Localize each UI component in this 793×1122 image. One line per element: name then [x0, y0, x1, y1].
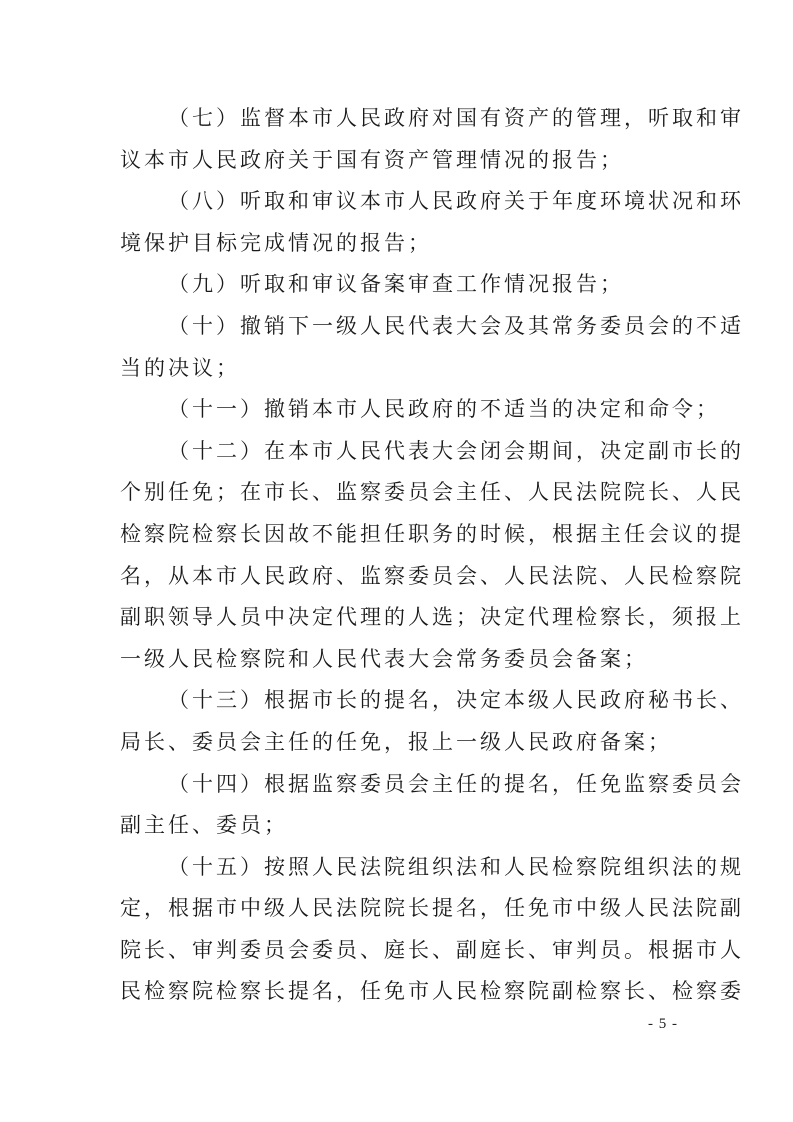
text-line: 定，根据市中级人民法院院长提名，任免市中级人民法院副 — [120, 888, 676, 930]
text-line: 院长、审判委员会委员、庭长、副庭长、审判员。根据市人 — [120, 930, 676, 972]
text-line: 名，从本市人民政府、监察委员会、人民法院、人民检察院 — [120, 556, 676, 598]
text-line: （十四）根据监察委员会主任的提名，任免监察委员会 — [120, 764, 676, 806]
text-line: 民检察院检察长提名，任免市人民检察院副检察长、检察委 — [120, 971, 676, 1013]
text-line: （七）监督本市人民政府对国有资产的管理，听取和审 — [120, 98, 676, 140]
text-line: 议本市人民政府关于国有资产管理情况的报告； — [120, 140, 676, 182]
text-line: 一级人民检察院和人民代表大会常务委员会备案； — [120, 639, 676, 681]
text-line: 局长、委员会主任的任免，报上一级人民政府备案； — [120, 722, 676, 764]
text-line: （十二）在本市人民代表大会闭会期间，决定副市长的 — [120, 431, 676, 473]
text-line: 副主任、委员； — [120, 805, 676, 847]
text-line: 境保护目标完成情况的报告； — [120, 223, 676, 265]
text-line: （九）听取和审议备案审查工作情况报告； — [120, 264, 676, 306]
text-line: 副职领导人员中决定代理的人选；决定代理检察长，须报上 — [120, 597, 676, 639]
text-line: 当的决议； — [120, 348, 676, 390]
text-line: （十）撤销下一级人民代表大会及其常务委员会的不适 — [120, 306, 676, 348]
page-number: - 5 - — [648, 1016, 678, 1033]
text-line: （十一）撤销本市人民政府的不适当的决定和命令； — [120, 389, 676, 431]
text-line: （八）听取和审议本市人民政府关于年度环境状况和环 — [120, 181, 676, 223]
text-line: （十三）根据市长的提名，决定本级人民政府秘书长、 — [120, 680, 676, 722]
document-body: （七）监督本市人民政府对国有资产的管理，听取和审 议本市人民政府关于国有资产管理… — [120, 98, 676, 1013]
text-line: 检察院检察长因故不能担任职务的时候，根据主任会议的提 — [120, 514, 676, 556]
text-line: 个别任免；在市长、监察委员会主任、人民法院院长、人民 — [120, 472, 676, 514]
text-line: （十五）按照人民法院组织法和人民检察院组织法的规 — [120, 847, 676, 889]
